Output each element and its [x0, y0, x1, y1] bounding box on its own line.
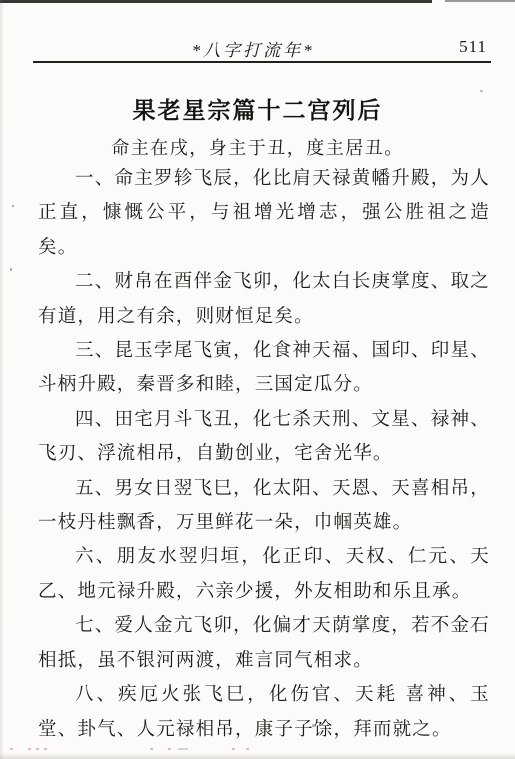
- scanned-book-page: *八字打流年* 511 果老星宗篇十二宫列后 命主在戌，身主于丑，度主居丑。 一…: [0, 0, 515, 759]
- scan-speck: [10, 268, 12, 271]
- page-edge-shadow-bottom: [0, 753, 515, 759]
- paragraph-4: 四、田宅月斗飞丑，化七杀天刑、文星、禄神、飞刃、浮流相吊，自勤创业，宅舍光华。: [38, 403, 490, 472]
- paragraph-5: 五、男女日翌飞巳，化太阳、天恩、天喜相吊，一枝丹桂飘香，万里鲜花一朵，巾帼英雄。: [38, 472, 490, 541]
- page-edge-shadow-left: [0, 0, 4, 759]
- chapter-title: 果老星宗篇十二宫列后: [0, 92, 515, 125]
- paragraph-2: 二、财帛在酉伴金飞卯，化太白长庚掌度、取之有道，用之有余，则财恒足矣。: [38, 265, 490, 334]
- scan-artifact-top-strip: [0, 0, 432, 3]
- paragraph-6: 六、朋友水翌归垣，化正印、天权、仁元、天乙、地元禄升殿，六亲少援，外友相助和乐且…: [38, 540, 490, 609]
- running-title: *八字打流年*: [192, 36, 315, 61]
- body-text-block: 一、命主罗轸飞辰，化比肩天禄黄幡升殿，为人正直，慷慨公平，与祖增光增志，强公胜祖…: [38, 162, 490, 747]
- scan-artifact-top-strip-right: [445, 0, 515, 2]
- chapter-subtitle: 命主在戌，身主于丑，度主居丑。: [0, 134, 515, 160]
- running-header: *八字打流年* 511: [35, 36, 491, 60]
- header-rule-line: [33, 61, 491, 63]
- paragraph-7: 七、爱人金亢飞卯，化偏才天荫掌度，若不金石相抵，虽不银河两渡，难言同气相求。: [38, 609, 490, 678]
- page-number: 511: [459, 37, 487, 57]
- paragraph-1: 一、命主罗轸飞辰，化比肩天禄黄幡升殿，为人正直，慷慨公平，与祖增光增志，强公胜祖…: [38, 162, 490, 265]
- scan-noise-band: [0, 747, 515, 751]
- scan-speck: [12, 205, 14, 207]
- paragraph-8: 八、疾厄火张飞巳，化伤官、天耗 喜神、玉堂、卦气、人元禄相吊，康子子馀，拜而就之…: [38, 678, 490, 747]
- paragraph-3: 三、昆玉孛尾飞寅，化食神天福、国印、印星、斗柄升殿，秦晋多和睦，三国定瓜分。: [38, 334, 490, 403]
